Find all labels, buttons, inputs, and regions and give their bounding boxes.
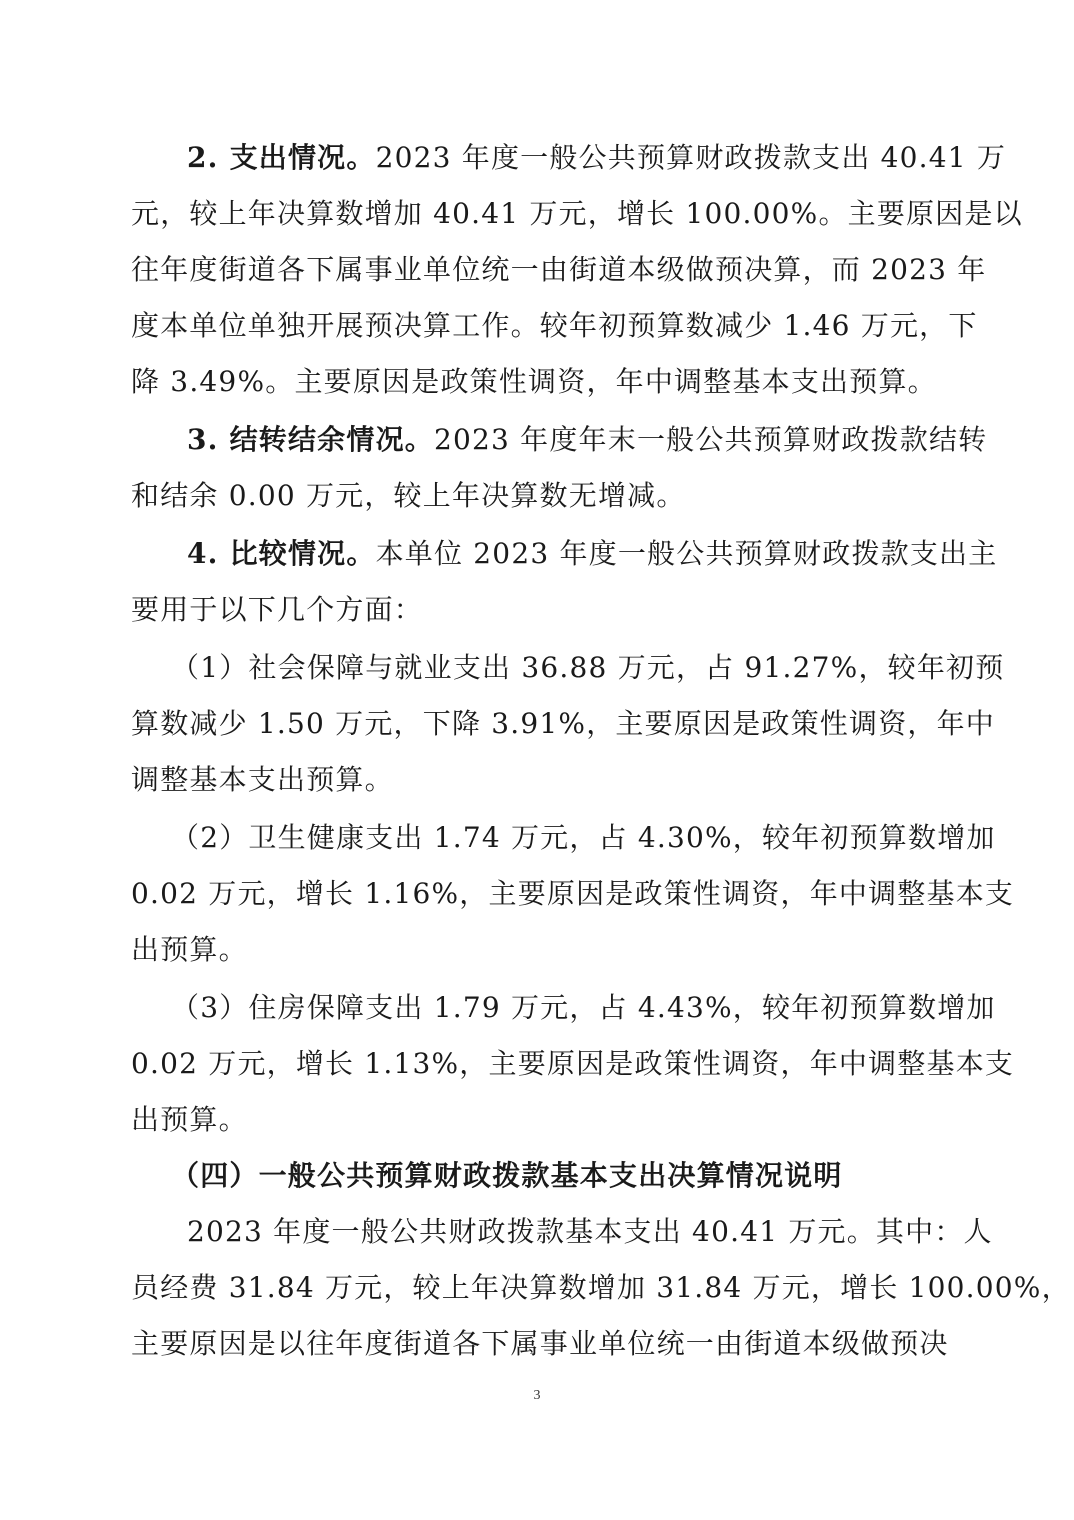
paragraph-line: （3）住房保障支出 1.79 万元，占 4.43%，较年初预算数增加 [131, 988, 943, 1028]
section-title: （四）一般公共预算财政拨款基本支出决算情况说明 [131, 1156, 943, 1196]
paragraph-line: （2）卫生健康支出 1.74 万元，占 4.30%，较年初预算数增加 [131, 818, 943, 858]
paragraph-line: 出预算。 [131, 1100, 943, 1140]
paragraph-line: 2. 支出情况。2023 年度一般公共预算财政拨款支出 40.41 万 [131, 138, 943, 178]
paragraph-line: 主要原因是以往年度街道各下属事业单位统一由街道本级做预决 [131, 1324, 943, 1364]
paragraph-line: 算数减少 1.50 万元，下降 3.91%，主要原因是政策性调资，年中 [131, 704, 943, 744]
paragraph-heading: 2. 支出情况。 [187, 141, 376, 174]
paragraph-line: 和结余 0.00 万元，较上年决算数无增减。 [131, 476, 943, 516]
paragraph-line: 2023 年度一般公共财政拨款基本支出 40.41 万元。其中：人 [131, 1212, 943, 1252]
paragraph-line: 元，较上年决算数增加 40.41 万元，增长 100.00%。主要原因是以 [131, 194, 943, 234]
paragraph-line: 出预算。 [131, 930, 943, 970]
document-page: 2. 支出情况。2023 年度一般公共预算财政拨款支出 40.41 万 元，较上… [0, 0, 1074, 1520]
paragraph-line: 调整基本支出预算。 [131, 760, 943, 800]
page-number: 3 [0, 1388, 1074, 1404]
paragraph-line: （1）社会保障与就业支出 36.88 万元，占 91.27%，较年初预 [131, 648, 943, 688]
paragraph-heading: 3. 结转结余情况。 [187, 423, 434, 456]
paragraph-line: 4. 比较情况。本单位 2023 年度一般公共预算财政拨款支出主 [131, 534, 943, 574]
paragraph-line: 3. 结转结余情况。2023 年度年末一般公共预算财政拨款结转 [131, 420, 943, 460]
paragraph-line: 降 3.49%。主要原因是政策性调资，年中调整基本支出预算。 [131, 362, 943, 402]
paragraph-line: 0.02 万元，增长 1.13%，主要原因是政策性调资，年中调整基本支 [131, 1044, 943, 1084]
paragraph-line: 0.02 万元，增长 1.16%，主要原因是政策性调资，年中调整基本支 [131, 874, 943, 914]
paragraph-line: 度本单位单独开展预决算工作。较年初预算数减少 1.46 万元，下 [131, 306, 943, 346]
paragraph-line: 往年度街道各下属事业单位统一由街道本级做预决算，而 2023 年 [131, 250, 943, 290]
paragraph-line: 要用于以下几个方面： [131, 590, 943, 630]
paragraph-heading: 4. 比较情况。 [187, 537, 376, 570]
paragraph-line: 员经费 31.84 万元，较上年决算数增加 31.84 万元，增长 100.00… [131, 1268, 943, 1308]
